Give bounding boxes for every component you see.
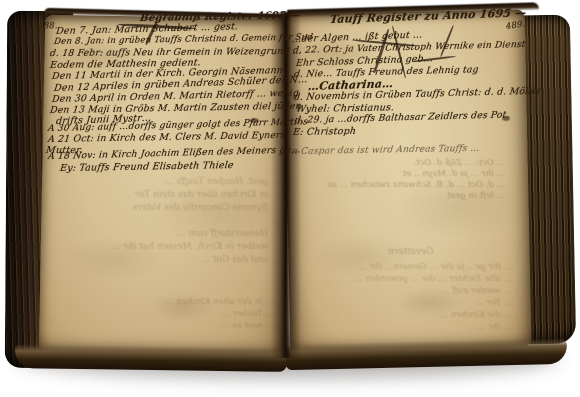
bleed-through-text: … in der alten Kirchen … … Tauber … … no…	[84, 296, 274, 332]
ink-blot	[250, 118, 259, 123]
photo-of-open-register-book: 488. Begräbniß Register 1695 — Den 7. Ja…	[0, 0, 580, 397]
ink-blot	[502, 116, 510, 121]
bleed-through-text: … gest. Haußen Tauffs … … in Kirchen übe…	[62, 176, 280, 267]
bottom-page-rim	[15, 344, 287, 372]
bleed-through-text: … Oct: … Züß d. Oct. … ihr … ja d. Mayn……	[300, 158, 505, 202]
bleed-through-text: Gevattern	[388, 246, 434, 259]
handwriting-line: E: Christoph	[292, 126, 356, 138]
page-number-left: 488.	[38, 21, 58, 31]
bleed-through-text: … ihr ge… ja die … Gemein… ihr … … alte …	[302, 261, 512, 333]
